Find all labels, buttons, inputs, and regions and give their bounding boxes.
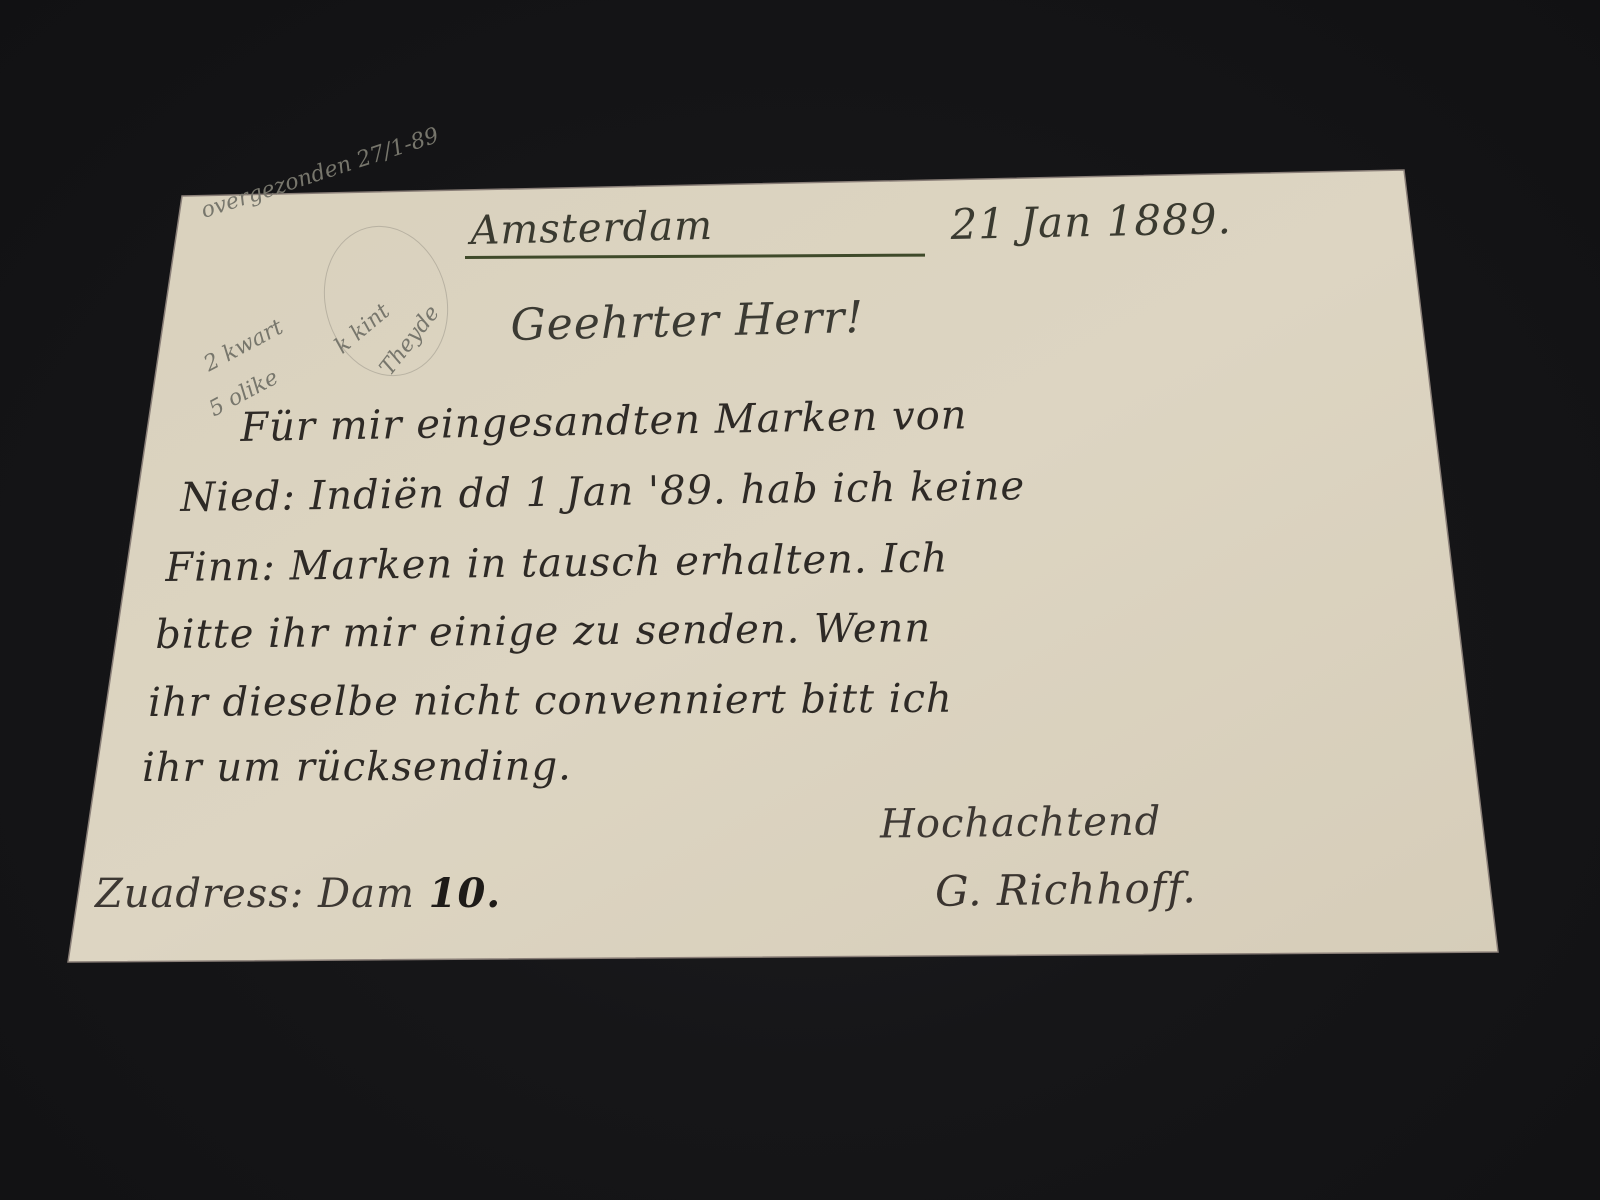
return-address: Zuadress: Dam 10.	[95, 870, 501, 917]
photo-scene: overgezonden 27/1-89 2 kwart 5 olike k k…	[0, 0, 1600, 1200]
heading-place: Amsterdam	[470, 203, 714, 254]
body-line-5: ihr dieselbe nicht convenniert bitt ich	[148, 676, 953, 726]
closing: Hochachtend	[880, 799, 1162, 848]
postcard	[0, 0, 1600, 1200]
salutation: Geehrter Herr!	[510, 292, 865, 351]
address-number: 10.	[429, 870, 502, 917]
body-line-6: ihr um rücksending.	[142, 743, 572, 790]
signature: G. Richhoff.	[935, 863, 1197, 916]
address-label: Zuadress: Dam	[95, 871, 415, 917]
heading-date: 21 Jan 1889.	[950, 194, 1232, 249]
body-line-3: Finn: Marken in tausch erhalten. Ich	[165, 535, 949, 591]
body-line-4: bitte ihr mir einige zu senden. Wenn	[155, 605, 931, 658]
